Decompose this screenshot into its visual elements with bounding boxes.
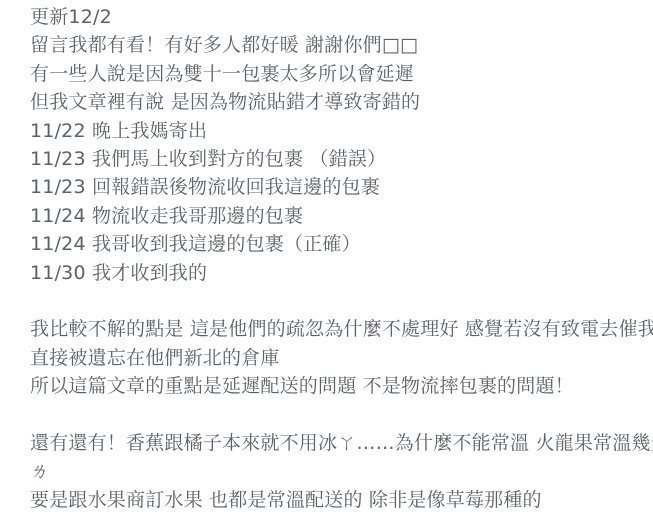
post-text-line: 11/23 我們馬上收到對方的包裹 （錯誤） (30, 145, 647, 173)
post-text-line: 直接被遺忘在他們新北的倉庫 (30, 344, 647, 372)
post-text-line: 要是跟水果商訂水果 也都是常溫配送的 除非是像草莓那種的 (30, 486, 647, 514)
post-text-line: 更新12/2 (30, 3, 647, 31)
post-text-line: 我比較不解的點是 這是他們的疏忽為什麼不處理好 感覺若沒有致電去催我的包裹就會 (30, 315, 647, 343)
post-text-line: 有一些人說是因為雙十一包裹太多所以會延遲 (30, 60, 647, 88)
post-text-line: ㄌ (30, 457, 647, 485)
blank-line (30, 287, 647, 315)
post-text-line: 11/24 我哥收到我這邊的包裹（正確） (30, 230, 647, 258)
post-text-line: 11/30 我才收到我的 (30, 259, 647, 287)
post-text-line: 11/22 晚上我媽寄出 (30, 117, 647, 145)
post-text-block: 更新12/2留言我都有看！有好多人都好暖 謝謝你們□□有一些人說是因為雙十一包裹… (0, 0, 653, 514)
post-text-line: 11/23 回報錯誤後物流收回我這邊的包裹 (30, 173, 647, 201)
post-text-line: 留言我都有看！有好多人都好暖 謝謝你們□□ (30, 31, 647, 59)
blank-line (30, 400, 647, 428)
post-text-line: 但我文章裡有說 是因為物流貼錯才導致寄錯的 (30, 88, 647, 116)
post-text-line: 所以這篇文章的重點是延遲配送的問題 不是物流摔包裹的問題！ (30, 372, 647, 400)
post-text-line: 11/24 物流收走我哥那邊的包裹 (30, 202, 647, 230)
post-text-line: 還有還有！香蕉跟橘子本來就不用冰ㄚ……為什麼不能常溫 火龍果常溫幾天也是沒問題 (30, 429, 647, 457)
